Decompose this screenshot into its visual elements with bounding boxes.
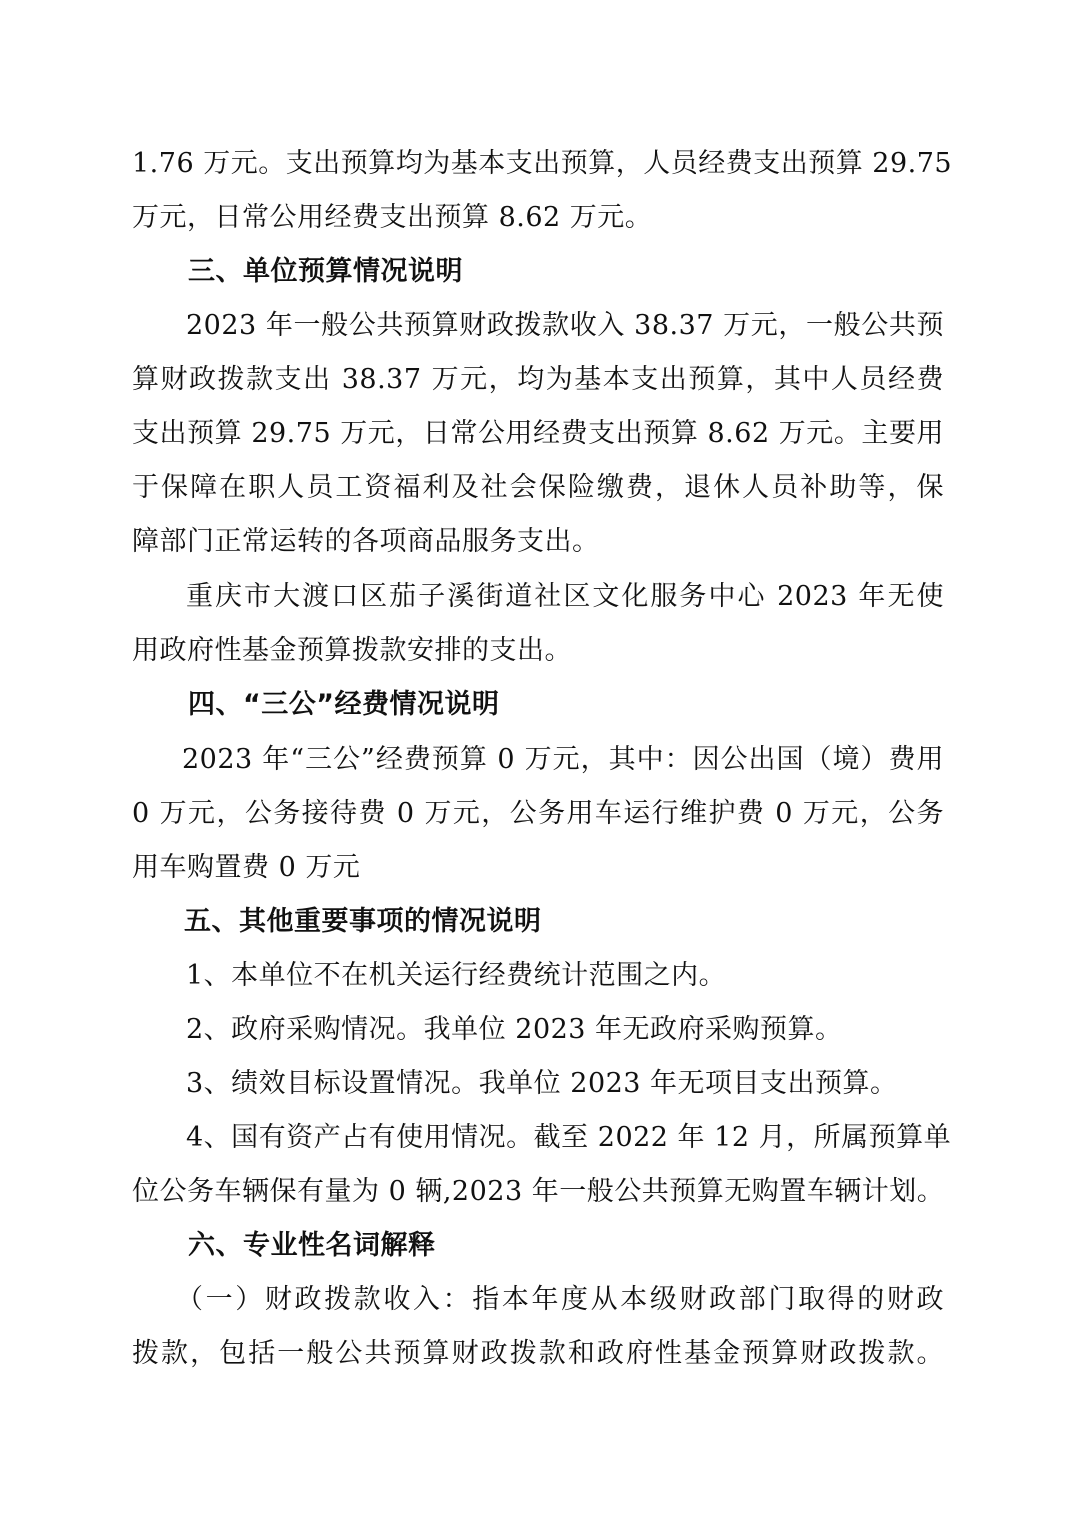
paragraph-line: 于保障在职人员工资福利及社会保险缴费，退休人员补助等，保 bbox=[132, 468, 944, 508]
paragraph-line: 万元，日常公用经费支出预算 8.62 万元。 bbox=[132, 198, 944, 238]
list-item: 4、国有资产占有使用情况。截至 2022 年 12 月，所属预算单 bbox=[186, 1118, 944, 1158]
paragraph-line: 支出预算 29.75 万元，日常公用经费支出预算 8.62 万元。主要用 bbox=[132, 414, 944, 454]
paragraph-line: 用车购置费 0 万元 bbox=[132, 848, 944, 888]
section-heading-5: 五、其他重要事项的情况说明 bbox=[184, 902, 542, 942]
paragraph-line: 用政府性基金预算拨款安排的支出。 bbox=[132, 631, 944, 671]
list-item: 2、政府采购情况。我单位 2023 年无政府采购预算。 bbox=[186, 1010, 944, 1050]
paragraph-line: 2023 年一般公共预算财政拨款收入 38.37 万元，一般公共预 bbox=[186, 306, 944, 346]
section-heading-4: 四、“三公”经费情况说明 bbox=[188, 685, 500, 725]
paragraph-line: （一）财政拨款收入：指本年度从本级财政部门取得的财政 bbox=[176, 1280, 944, 1320]
list-item: 3、绩效目标设置情况。我单位 2023 年无项目支出预算。 bbox=[186, 1064, 944, 1104]
paragraph-line: 2023 年“三公”经费预算 0 万元，其中：因公出国（境）费用 bbox=[182, 740, 944, 780]
list-item: 1、本单位不在机关运行经费统计范围之内。 bbox=[186, 956, 944, 996]
paragraph-line: 重庆市大渡口区茄子溪街道社区文化服务中心 2023 年无使 bbox=[186, 577, 944, 617]
paragraph-line: 位公务车辆保有量为 0 辆,2023 年一般公共预算无购置车辆计划。 bbox=[132, 1172, 944, 1212]
paragraph-line: 障部门正常运转的各项商品服务支出。 bbox=[132, 522, 944, 562]
paragraph-line: 1.76 万元。支出预算均为基本支出预算，人员经费支出预算 29.75 bbox=[132, 144, 944, 184]
section-heading-3: 三、单位预算情况说明 bbox=[188, 252, 463, 292]
section-heading-6: 六、专业性名词解释 bbox=[188, 1226, 436, 1266]
document-page: 1.76 万元。支出预算均为基本支出预算，人员经费支出预算 29.75 万元，日… bbox=[0, 0, 1074, 1520]
paragraph-line: 算财政拨款支出 38.37 万元，均为基本支出预算，其中人员经费 bbox=[132, 360, 944, 400]
paragraph-line: 拨款，包括一般公共预算财政拨款和政府性基金预算财政拨款。 bbox=[132, 1334, 944, 1374]
paragraph-line: 0 万元，公务接待费 0 万元，公务用车运行维护费 0 万元，公务 bbox=[132, 794, 944, 834]
